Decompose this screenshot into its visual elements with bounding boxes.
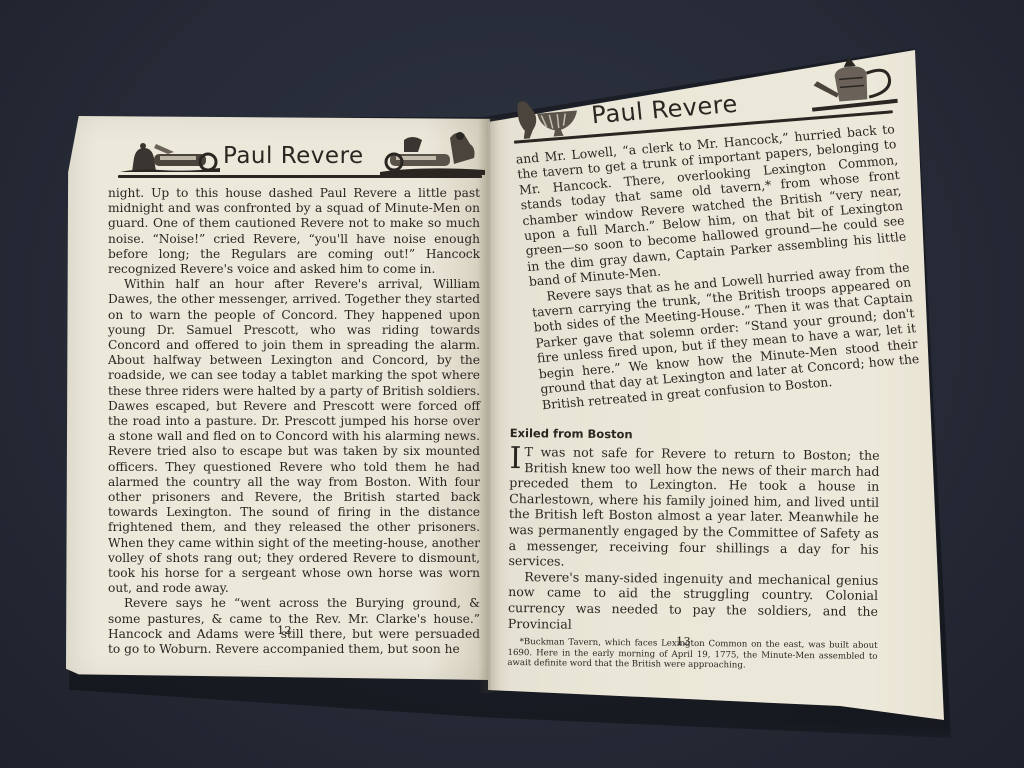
- right-page-number: 13: [676, 634, 691, 648]
- paragraph: Revere says he “went across the Burying …: [108, 596, 480, 657]
- left-page-number: 12: [277, 623, 292, 637]
- section-body-text: IT was not safe for Revere to return to …: [508, 444, 880, 635]
- drop-cap: I: [509, 446, 521, 472]
- section-lead-text: T was not safe for Revere to return to B…: [508, 444, 879, 569]
- left-page-header: Paul Revere: [108, 128, 480, 180]
- left-header-title: Paul Revere: [223, 143, 364, 169]
- cannon-barrels-icon: [380, 130, 485, 176]
- paragraph: night. Up to this house dashed Paul Reve…: [108, 186, 480, 277]
- teapot-icon: [806, 49, 898, 114]
- right-page-content: Paul Revere and Mr. Lowell, “a clerk to …: [508, 56, 922, 413]
- right-body-text: and Mr. Lowell, “a clerk to Mr. Hancock,…: [515, 121, 922, 412]
- paragraph: Revere's many-sided ingenuity and mechan…: [508, 569, 879, 635]
- footnote: *Buckman Tavern, which faces Lexington C…: [507, 637, 877, 672]
- left-header-rule: [118, 175, 482, 178]
- left-body-text: night. Up to this house dashed Paul Reve…: [108, 186, 480, 657]
- book-gutter: [478, 118, 500, 693]
- cannon-and-bell-icon: [116, 138, 221, 178]
- section-subheading: Exiled from Boston: [510, 426, 880, 444]
- left-page-content: Paul Revere night. Up to this house dash…: [108, 128, 480, 657]
- footnote-text: *Buckman Tavern, which faces Lexington C…: [507, 637, 877, 672]
- paragraph: Within half an hour after Revere's arriv…: [108, 277, 480, 596]
- section-lead-paragraph: IT was not safe for Revere to return to …: [508, 444, 879, 573]
- right-page-section: Exiled from Boston IT was not safe for R…: [507, 416, 880, 672]
